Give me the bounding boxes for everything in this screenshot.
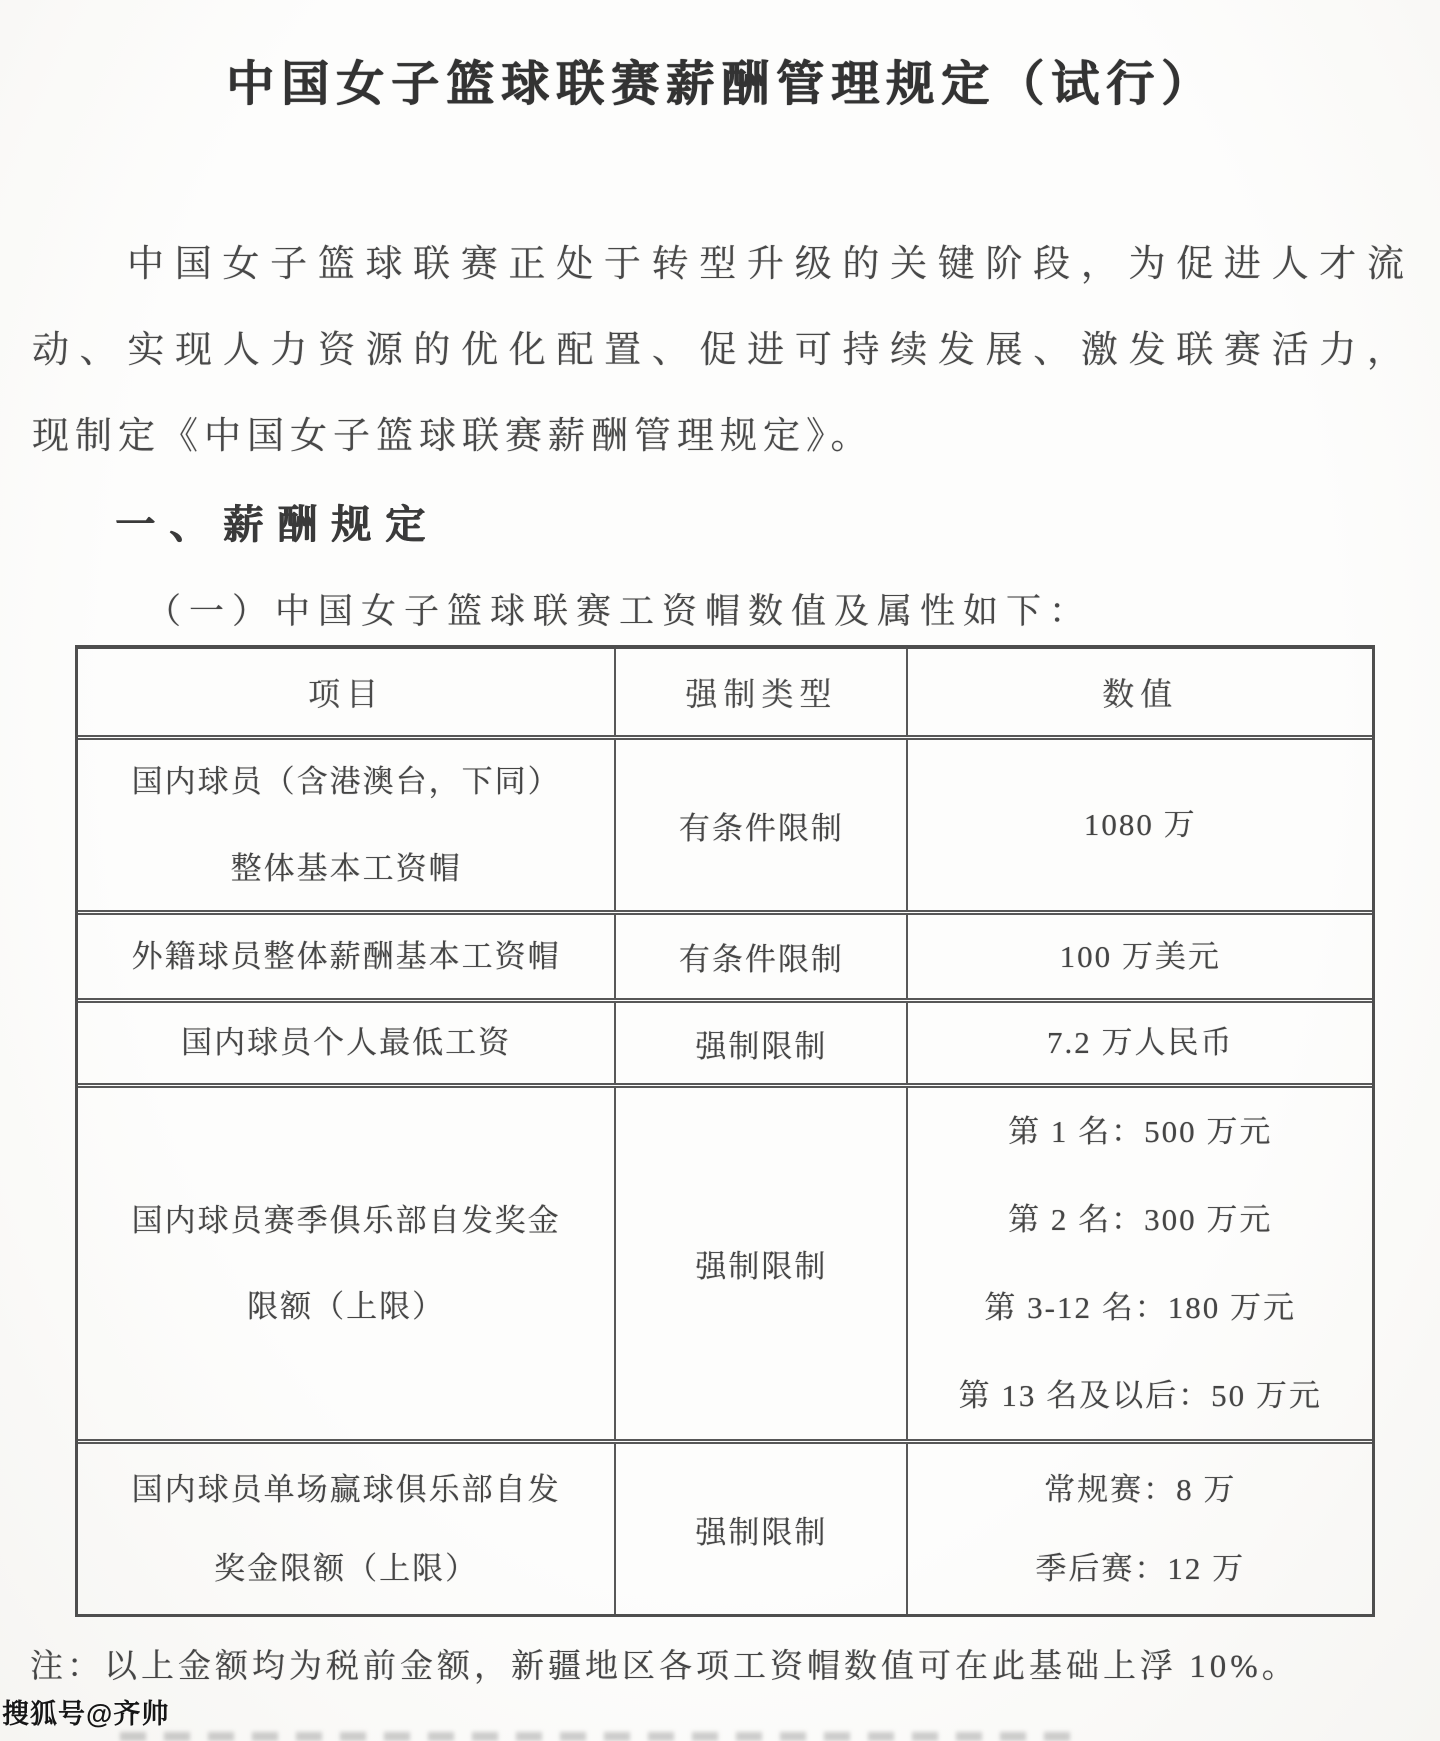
value-cell: 100 万美元 [908,915,1372,998]
column-header-type: 强制类型 [616,649,908,735]
value-line: 100 万美元 [1060,914,1221,1000]
column-header-item: 项目 [78,649,616,735]
intro-paragraph: 中国女子篮球联赛正处于转型升级的关键阶段，为促进人才流 动、实现人力资源的优化配… [32,222,1410,480]
table-row: 国内球员赛季俱乐部自发奖金 限额（上限） 强制限制 第 1 名：500 万元 第… [78,1083,1372,1439]
value-line: 第 1 名：500 万元 [1008,1088,1272,1176]
value-line: 7.2 万人民币 [1047,1000,1234,1086]
value-line: 季后赛：12 万 [1035,1529,1245,1608]
table-header-row: 项目 强制类型 数值 [78,649,1372,735]
subsection-heading: （一）中国女子篮球联赛工资帽数值及属性如下： [146,587,1410,637]
item-line: 奖金限额（上限） [214,1529,478,1608]
type-cell: 强制限制 [616,1003,908,1083]
type-cell: 强制限制 [616,1088,908,1439]
type-cell: 有条件限制 [616,740,908,910]
paragraph-line-3: 现制定《中国女子篮球联赛薪酬管理规定》。 [32,394,1410,480]
item-line: 外籍球员整体薪酬基本工资帽 [132,914,561,1000]
table-row: 外籍球员整体薪酬基本工资帽 有条件限制 100 万美元 [78,910,1372,998]
sohu-watermark: 搜狐号@齐帅 [2,1692,169,1731]
item-line: 限额（上限） [247,1264,445,1350]
column-header-value: 数值 [908,649,1372,735]
value-cell: 1080 万 [908,740,1372,910]
type-cell: 强制限制 [616,1444,908,1614]
cut-off-text-line [120,1732,1080,1741]
value-cell: 7.2 万人民币 [908,1003,1372,1083]
item-line: 国内球员个人最低工资 [181,1000,511,1086]
item-line: 国内球员单场赢球俱乐部自发 [132,1450,561,1529]
value-line: 第 2 名：300 万元 [1008,1176,1272,1264]
value-line: 第 13 名及以后：50 万元 [959,1352,1322,1440]
value-line: 1080 万 [1084,782,1197,868]
item-line: 国内球员赛季俱乐部自发奖金 [132,1178,561,1264]
footnote: 注：以上金额均为税前金额，新疆地区各项工资帽数值可在此基础上浮 10%。 [30,1644,1410,1690]
item-cell: 外籍球员整体薪酬基本工资帽 [78,915,616,998]
value-cell: 第 1 名：500 万元 第 2 名：300 万元 第 3-12 名：180 万… [908,1088,1372,1439]
document-title: 中国女子篮球联赛薪酬管理规定（试行） [32,52,1410,118]
paragraph-line-2: 动、实现人力资源的优化配置、促进可持续发展、激发联赛活力， [32,308,1410,394]
item-cell: 国内球员个人最低工资 [78,1003,616,1083]
table-row: 国内球员个人最低工资 强制限制 7.2 万人民币 [78,998,1372,1083]
value-line: 第 3-12 名：180 万元 [984,1264,1296,1352]
type-cell: 有条件限制 [616,915,908,998]
section-heading: 一、薪酬规定 [115,498,1410,552]
document-page: 中国女子篮球联赛薪酬管理规定（试行） 中国女子篮球联赛正处于转型升级的关键阶段，… [0,52,1440,1690]
item-line: 国内球员（含港澳台，下同） [132,738,561,825]
item-line: 整体基本工资帽 [231,825,462,912]
value-cell: 常规赛：8 万 季后赛：12 万 [908,1444,1372,1614]
value-line: 常规赛：8 万 [1044,1450,1236,1529]
salary-cap-table: 项目 强制类型 数值 国内球员（含港澳台，下同） 整体基本工资帽 有条件限制 1… [75,645,1375,1617]
item-cell: 国内球员单场赢球俱乐部自发 奖金限额（上限） [78,1444,616,1614]
table-row: 国内球员单场赢球俱乐部自发 奖金限额（上限） 强制限制 常规赛：8 万 季后赛：… [78,1439,1372,1614]
paragraph-line-1: 中国女子篮球联赛正处于转型升级的关键阶段，为促进人才流 [32,222,1410,308]
item-cell: 国内球员赛季俱乐部自发奖金 限额（上限） [78,1088,616,1439]
table-row: 国内球员（含港澳台，下同） 整体基本工资帽 有条件限制 1080 万 [78,735,1372,910]
item-cell: 国内球员（含港澳台，下同） 整体基本工资帽 [78,740,616,910]
